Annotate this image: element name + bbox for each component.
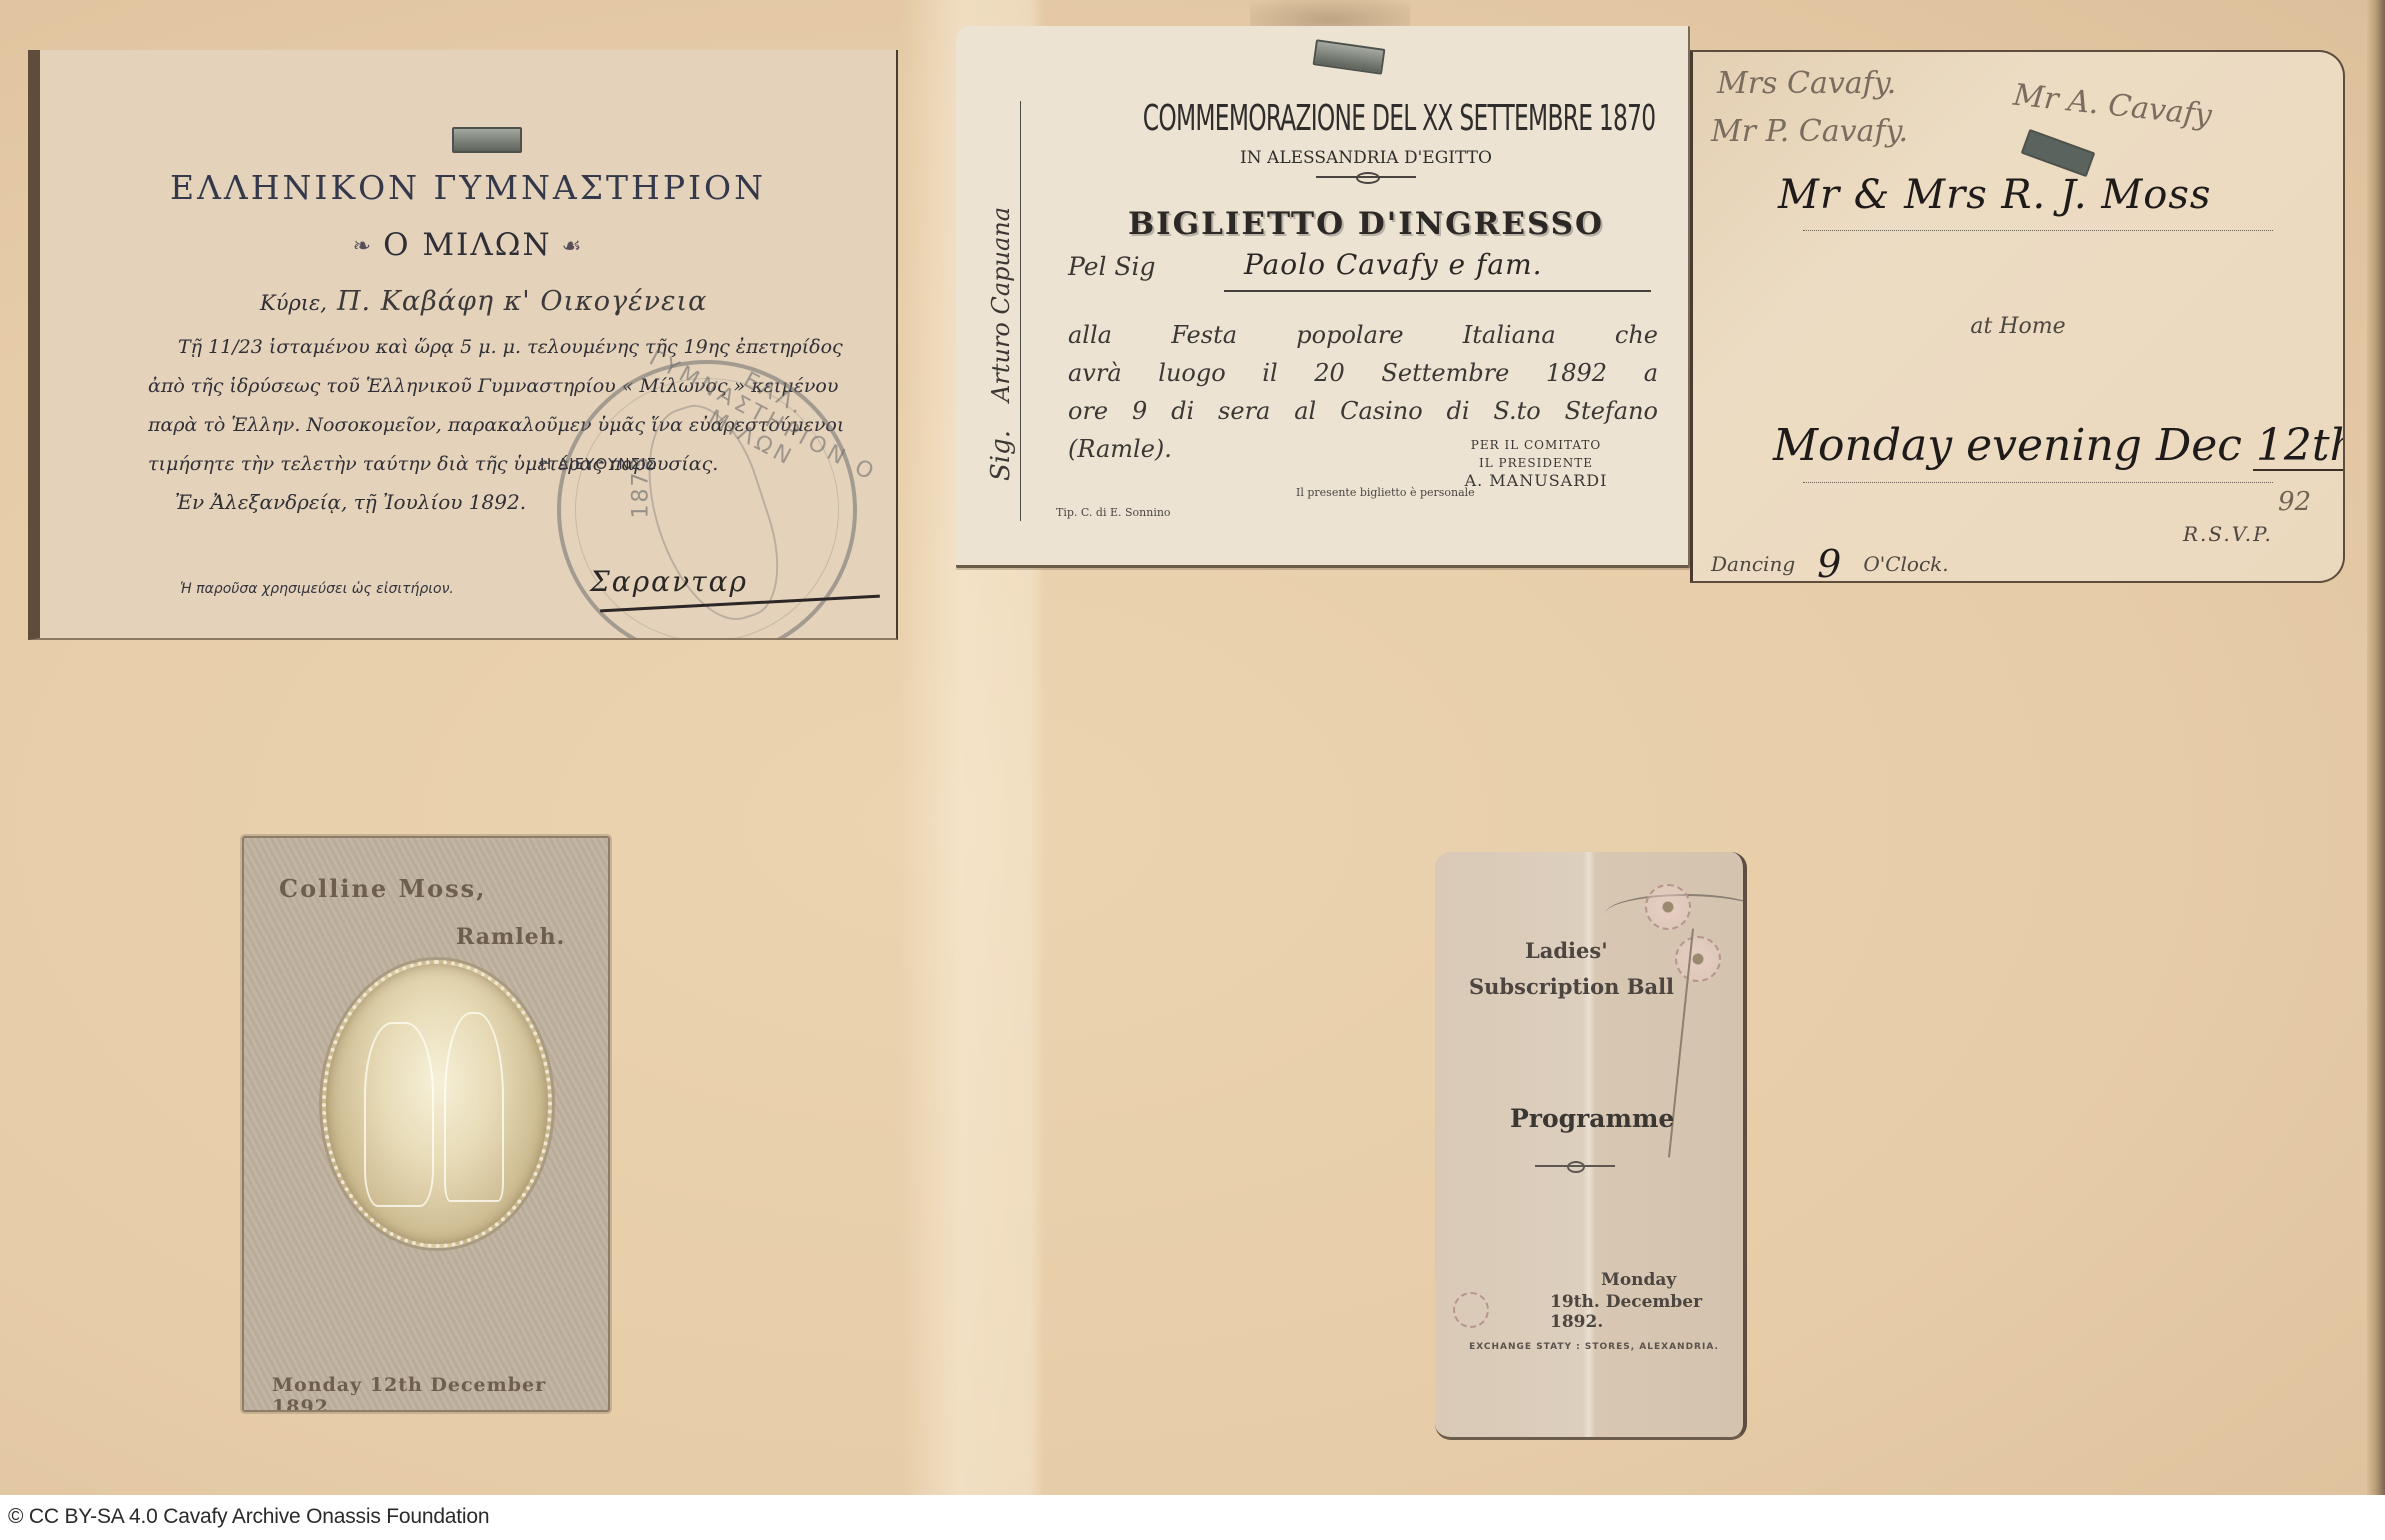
committee-block: PER IL COMITATO IL PRESIDENTE A. MANUSAR…: [1416, 436, 1656, 490]
salutation: Κύριε,Π. Καβάφη κ' Οικογένεια: [260, 286, 707, 317]
ornament-icon: ❧: [353, 234, 373, 259]
metal-clip-icon: [452, 127, 522, 153]
city-line: IN ALESSANDRIA D'EGITTO: [1056, 148, 1676, 168]
direction-label: Η ΔΙΕΥΘΥΝΣΙΣ: [540, 455, 657, 473]
ticket-title: BIGLIETTO D'INGRESSO: [1056, 206, 1676, 242]
printer-credit: Tip. C. di E. Sonnino: [1056, 506, 1171, 519]
flourish-divider: [1535, 1165, 1615, 1167]
card-subtitle: ❧Ο ΜΙΛΩΝ☙: [40, 227, 896, 263]
personal-note: Il presente biglietto è personale: [1296, 486, 1475, 499]
pel-label: Pel Sig: [1068, 252, 1156, 281]
page-edge: [2367, 0, 2385, 1495]
signature: Σαρανταρ: [590, 565, 748, 598]
greek-gymnasium-card: ΕΛΛΗΝΙΚΟΝ ΓΥΜΝΑΣΤΗΡΙΟΝ ❧Ο ΜΙΛΩΝ☙ Κύριε,Π…: [28, 50, 898, 640]
pencil-note: Mr A. Cavafy: [2012, 78, 2214, 134]
ball-title-line2: Subscription Ball: [1469, 974, 1674, 999]
venue-name: Colline Moss,: [279, 874, 487, 903]
place-date: Ἐν Ἀλεξανδρείᾳ, τῇ Ἰουλίου 1892.: [175, 490, 526, 514]
dancing-hour: 9: [1817, 542, 1841, 583]
host-names: Mr & Mrs R. J. Moss: [1778, 172, 2211, 218]
metal-clip-icon: [2021, 129, 2096, 177]
event-year: 92: [2278, 487, 2311, 517]
credit-footer: © CC BY-SA 4.0 Cavafy Archive Onassis Fo…: [0, 1495, 2385, 1540]
event-date: Monday 12th December 1892.: [272, 1374, 608, 1412]
programme-label: Programme: [1510, 1104, 1674, 1133]
dancing-line: Dancing9O'Clock.: [1711, 542, 1949, 583]
event-day: Monday: [1601, 1270, 1676, 1290]
pencil-note: Mr P. Cavafy.: [1711, 114, 1908, 149]
ladies-ball-card: Ladies' Subscription Ball Programme Mond…: [1435, 852, 1747, 1440]
ornamental-divider: [1316, 176, 1416, 178]
italian-ticket-card: Sig.Arturo Capuana COMMEMORAZIONE DEL XX…: [956, 26, 1690, 568]
dancing-gentleman-icon: [444, 1012, 504, 1202]
ticket-note: Ἡ παροῦσα χρησιμεύσει ὡς εἰσιτήριον.: [180, 581, 454, 597]
daisy-icon: [1675, 936, 1721, 982]
pencil-note: Mrs Cavafy.: [1717, 66, 1896, 101]
handwritten-addressee: Π. Καβάφη κ' Οικογένεια: [337, 286, 707, 317]
daisy-icon: [1453, 1292, 1489, 1328]
vertical-rule: [1020, 101, 1021, 521]
metal-clip-icon: [1313, 39, 1386, 74]
dotted-line: [1803, 482, 2273, 483]
daisy-icon: [1645, 884, 1691, 930]
printer-credit: EXCHANGE STATY : STORES, ALEXANDRIA.: [1459, 1342, 1729, 1352]
event-date: 19th. December 1892.: [1550, 1292, 1743, 1332]
embossed-medallion: [322, 960, 552, 1248]
at-home-label: at Home: [1693, 314, 2343, 339]
colline-moss-card: Colline Moss, Ramleh. Monday 12th Decemb…: [242, 836, 610, 1412]
dotted-line: [1803, 230, 2273, 231]
vertical-signature-line: Sig.Arturo Capuana: [986, 207, 1016, 481]
rsvp-label: R.S.V.P.: [2183, 522, 2273, 546]
guest-line: [1224, 290, 1651, 292]
dancing-lady-icon: [364, 1022, 434, 1207]
ornament-icon: ☙: [562, 234, 584, 259]
venue-place: Ramleh.: [456, 924, 565, 950]
moss-at-home-card: Mrs Cavafy. Mr A. Cavafy Mr P. Cavafy. M…: [1690, 50, 2345, 583]
album-page: ΕΛΛΗΝΙΚΟΝ ΓΥΜΝΑΣΤΗΡΙΟΝ ❧Ο ΜΙΛΩΝ☙ Κύριε,Π…: [0, 0, 2385, 1495]
handwritten-guest: Paolo Cavafy e fam.: [1244, 248, 1543, 281]
handwritten-name: Arturo Capuana: [987, 207, 1015, 402]
rule-line: [2253, 469, 2345, 471]
event-date: Monday evening Dec 12th: [1773, 420, 2345, 471]
copyright-credit: © CC BY-SA 4.0 Cavafy Archive Onassis Fo…: [8, 1505, 489, 1529]
commemoration-heading: COMMEMORAZIONE DEL XX SETTEMBRE 1870: [1143, 98, 1589, 139]
ball-title-line1: Ladies': [1525, 938, 1608, 963]
card-title: ΕΛΛΗΝΙΚΟΝ ΓΥΜΝΑΣΤΗΡΙΟΝ: [40, 168, 896, 207]
